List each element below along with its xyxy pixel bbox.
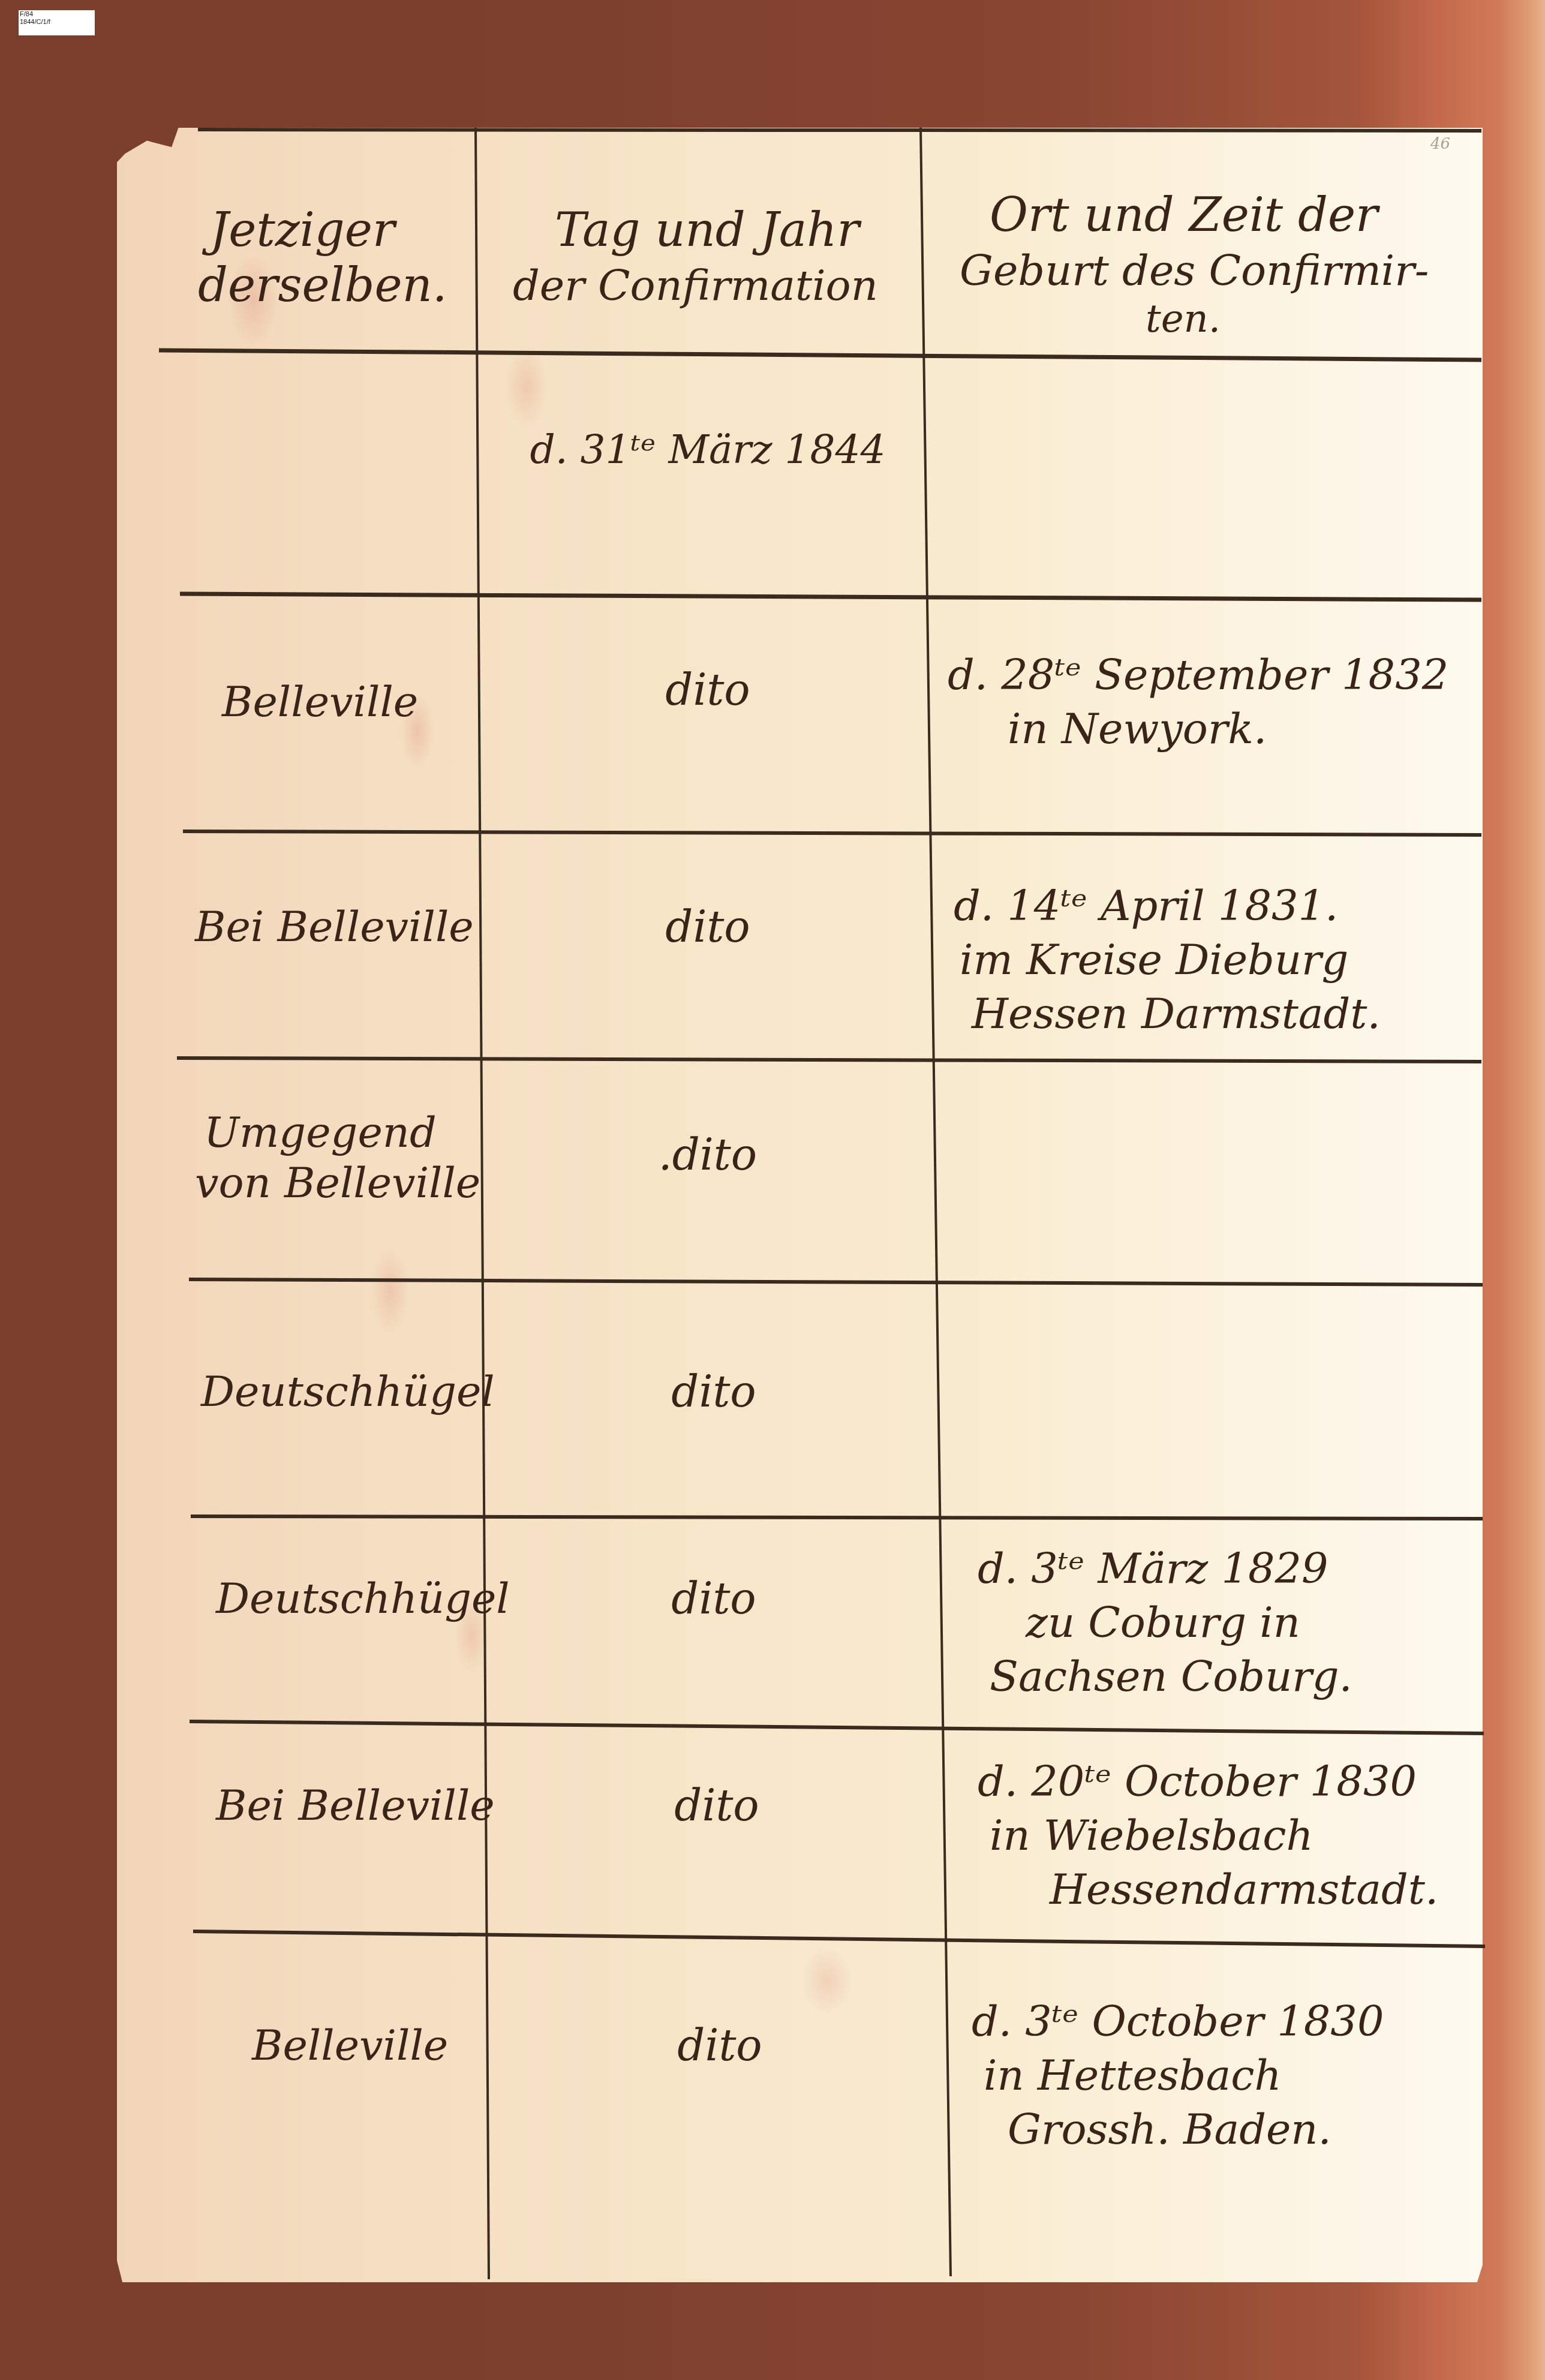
row-6-birth-line-3: Sachsen Coburg. [972,1649,1487,1703]
row-3-confirmation-text: dito [665,901,750,952]
row-3-birth-line-3: Hessen Darmstadt. [954,987,1487,1041]
row-7-birth-line-3: Hessendarmstadt. [978,1862,1487,1916]
row-5-birth [966,1296,1481,1511]
row-7-residence: Bei Belleville [216,1733,486,1877]
row-4-confirmation: .dito [480,1074,936,1236]
row-8-birth-line-2: in Hettesbach [972,2048,1487,2102]
row-4-residence: Umgegend von Belleville [195,1074,477,1242]
row-8-residence: Belleville [252,1955,492,2135]
row-7-birth-line-2: in Wiebelsbach [978,1808,1487,1862]
row-7-birth: d. 20ᵗᵉ October 1830 in Wiebelsbach Hess… [978,1736,1487,1934]
header-confirmation-date: Tag und Jahr der Confirmation [513,180,921,336]
page-number: 46 [1430,135,1450,153]
row-2-confirmation-text: dito [665,665,750,715]
row-6-birth: d. 3ᵗᵉ März 1829 zu Coburg in Sachsen Co… [972,1523,1487,1721]
row-5-confirmation-text: dito [671,1366,756,1417]
row-2-birth-line-1: d. 28ᵗᵉ September 1832 [948,648,1487,702]
row-6-birth-line-1: d. 3ᵗᵉ März 1829 [972,1541,1487,1595]
header-confirmation-line-1: Tag und Jahr [513,203,921,258]
row-7-residence-text: Bei Belleville [216,1780,486,1831]
row-3-residence-text: Bei Belleville [195,901,477,952]
row-8-residence-text: Belleville [252,2020,492,2071]
header-birth-line-3: ten. [960,298,1481,340]
header-residence-line-1: Jetziger [198,203,474,258]
row-8-birth-line-3: Grossh. Baden. [972,2102,1487,2156]
row-3-birth-line-2: im Kreise Dieburg [954,933,1487,987]
header-confirmation-line-2: der Confirmation [513,258,921,313]
row-7-birth-line-1: d. 20ᵗᵉ October 1830 [978,1754,1487,1808]
row-6-confirmation: dito [486,1523,942,1673]
row-2-birth-line-2: in Newyork. [948,702,1487,756]
row-5-residence: Deutschhügel [201,1296,483,1488]
row-7-confirmation: dito [489,1733,945,1877]
row-8-confirmation-text: dito [677,2020,762,2071]
row-6-residence-text: Deutschhügel [216,1573,486,1624]
row-3-birth-line-1: d. 14ᵗᵉ April 1831. [954,879,1487,933]
row-3-birth: d. 14ᵗᵉ April 1831. im Kreise Dieburg He… [954,864,1487,1056]
row-1-residence [198,360,474,594]
row-3-residence: Bei Belleville [195,840,477,1014]
row-2-residence-text: Belleville [222,677,474,727]
archive-reference-label: F/84 1844/C/1/f [19,10,95,35]
row-8-birth-line-1: d. 3ᵗᵉ October 1830 [972,1994,1487,2048]
archive-label-line-1: F/84 [20,11,94,19]
row-6-residence: Deutschhügel [216,1523,486,1673]
header-residence: Jetziger derselben. [198,180,474,336]
row-8-birth: d. 3ᵗᵉ October 1830 in Hettesbach Grossh… [972,1961,1487,2189]
row-2-residence: Belleville [222,600,474,804]
row-1-confirmation: d. 31ᵗᵉ März 1844 [480,360,936,540]
row-4-confirmation-text: .dito [659,1129,757,1180]
header-birth-line-1: Ort und Zeit der [960,188,1481,243]
row-6-confirmation-text: dito [671,1573,756,1624]
row-2-birth: d. 28ᵗᵉ September 1832 in Newyork. [948,624,1487,780]
row-4-birth [960,1074,1481,1272]
row-3-confirmation: dito [480,840,936,1014]
row-1-confirmation-text: d. 31ᵗᵉ März 1844 [530,425,885,475]
archive-label-line-2: 1844/C/1/f [20,19,94,26]
row-4-residence-line-1: Umgegend [195,1107,477,1158]
row-5-confirmation: dito [486,1296,942,1488]
header-residence-line-2: derselben. [198,258,474,313]
row-1-birth [960,360,1481,594]
row-4-residence-line-2: von Belleville [195,1158,477,1208]
header-birth-place-date: Ort und Zeit der Geburt des Confirmir- t… [960,174,1481,354]
header-birth-line-2: Geburt des Confirmir- [960,243,1481,298]
row-5-residence-text: Deutschhügel [201,1366,483,1417]
row-7-confirmation-text: dito [674,1780,759,1831]
row-8-confirmation: dito [492,1955,948,2135]
row-6-birth-line-2: zu Coburg in [972,1595,1487,1649]
row-2-confirmation: dito [480,600,936,780]
